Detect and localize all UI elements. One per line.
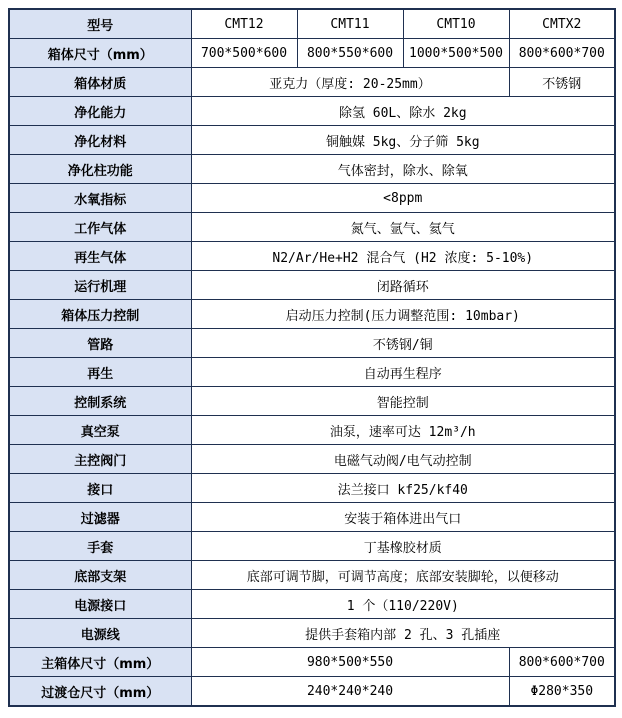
table-row-control-system: 控制系统 智能控制	[9, 387, 615, 416]
table-row-antechamber-size: 过渡仓尺寸（mm） 240*240*240 Φ280*350	[9, 677, 615, 707]
spec-label: 管路	[9, 329, 191, 358]
spec-label: 水氧指标	[9, 184, 191, 213]
spec-label: 净化能力	[9, 97, 191, 126]
table-row-vacuum-pump: 真空泵 油泵，速率可达 12m³/h	[9, 416, 615, 445]
spec-value: 铜触媒 5kg、分子筛 5kg	[191, 126, 615, 155]
table-row-filter: 过滤器 安装于箱体进出气口	[9, 503, 615, 532]
spec-table-container: 型号 CMT12 CMT11 CMT10 CMTX2 箱体尺寸（mm） 700*…	[8, 8, 616, 707]
spec-label: 运行机理	[9, 271, 191, 300]
table-row-purify-capacity: 净化能力 除氢 60L、除水 2kg	[9, 97, 615, 126]
spec-value: 丁基橡胶材质	[191, 532, 615, 561]
spec-label: 过滤器	[9, 503, 191, 532]
table-row-operating-mechanism: 运行机理 闭路循环	[9, 271, 615, 300]
table-row-interface: 接口 法兰接口 kf25/kf40	[9, 474, 615, 503]
spec-value: 不锈钢/铜	[191, 329, 615, 358]
spec-value: 1000*500*500	[403, 39, 509, 68]
spec-value: 1 个（110/220V)	[191, 590, 615, 619]
spec-table: 型号 CMT12 CMT11 CMT10 CMTX2 箱体尺寸（mm） 700*…	[8, 8, 616, 707]
spec-value: CMT10	[403, 9, 509, 39]
spec-value: 底部可调节脚，可调节高度；底部安装脚轮，以便移动	[191, 561, 615, 590]
spec-label: 电源线	[9, 619, 191, 648]
table-row-pressure-control: 箱体压力控制 启动压力控制(压力调整范围: 10mbar)	[9, 300, 615, 329]
spec-value: 亚克力（厚度: 20-25mm）	[191, 68, 509, 97]
spec-value: 240*240*240	[191, 677, 509, 707]
spec-label: 净化柱功能	[9, 155, 191, 184]
spec-value: 油泵，速率可达 12m³/h	[191, 416, 615, 445]
table-row-model: 型号 CMT12 CMT11 CMT10 CMTX2	[9, 9, 615, 39]
table-row-purify-material: 净化材料 铜触媒 5kg、分子筛 5kg	[9, 126, 615, 155]
spec-value: CMTX2	[509, 9, 615, 39]
spec-value: CMT11	[297, 9, 403, 39]
table-row-power-socket: 电源接口 1 个（110/220V)	[9, 590, 615, 619]
spec-label: 箱体尺寸（mm）	[9, 39, 191, 68]
spec-value: 提供手套箱内部 2 孔、3 孔插座	[191, 619, 615, 648]
spec-label: 净化材料	[9, 126, 191, 155]
spec-value: 700*500*600	[191, 39, 297, 68]
table-row-regeneration-gas: 再生气体 N2/Ar/He+H2 混合气 (H2 浓度: 5-10%)	[9, 242, 615, 271]
spec-value: 气体密封，除水、除氧	[191, 155, 615, 184]
table-row-main-valve: 主控阀门 电磁气动阀/电气动控制	[9, 445, 615, 474]
table-row-working-gas: 工作气体 氮气、氩气、氦气	[9, 213, 615, 242]
spec-label: 电源接口	[9, 590, 191, 619]
table-row-piping: 管路 不锈钢/铜	[9, 329, 615, 358]
spec-value: CMT12	[191, 9, 297, 39]
spec-label: 手套	[9, 532, 191, 561]
spec-value: Φ280*350	[509, 677, 615, 707]
spec-label: 箱体材质	[9, 68, 191, 97]
spec-value: 不锈钢	[509, 68, 615, 97]
table-row-bottom-bracket: 底部支架 底部可调节脚，可调节高度；底部安装脚轮，以便移动	[9, 561, 615, 590]
spec-value: 自动再生程序	[191, 358, 615, 387]
spec-value: 启动压力控制(压力调整范围: 10mbar)	[191, 300, 615, 329]
spec-value: 安装于箱体进出气口	[191, 503, 615, 532]
spec-value: 800*550*600	[297, 39, 403, 68]
spec-label: 接口	[9, 474, 191, 503]
spec-value: 除氢 60L、除水 2kg	[191, 97, 615, 126]
spec-value: 智能控制	[191, 387, 615, 416]
table-row-power-cord: 电源线 提供手套箱内部 2 孔、3 孔插座	[9, 619, 615, 648]
spec-value: 法兰接口 kf25/kf40	[191, 474, 615, 503]
spec-label: 箱体压力控制	[9, 300, 191, 329]
spec-value: 闭路循环	[191, 271, 615, 300]
spec-label: 控制系统	[9, 387, 191, 416]
spec-value: 电磁气动阀/电气动控制	[191, 445, 615, 474]
table-row-water-oxygen-index: 水氧指标 <8ppm	[9, 184, 615, 213]
table-row-purify-column-function: 净化柱功能 气体密封，除水、除氧	[9, 155, 615, 184]
table-row-box-material: 箱体材质 亚克力（厚度: 20-25mm） 不锈钢	[9, 68, 615, 97]
spec-label: 过渡仓尺寸（mm）	[9, 677, 191, 707]
spec-label: 型号	[9, 9, 191, 39]
spec-label: 工作气体	[9, 213, 191, 242]
table-row-gloves: 手套 丁基橡胶材质	[9, 532, 615, 561]
spec-label: 主控阀门	[9, 445, 191, 474]
spec-label: 再生气体	[9, 242, 191, 271]
table-row-regeneration: 再生 自动再生程序	[9, 358, 615, 387]
spec-value: 800*600*700	[509, 648, 615, 677]
spec-value: 800*600*700	[509, 39, 615, 68]
table-row-main-box-size: 主箱体尺寸（mm） 980*500*550 800*600*700	[9, 648, 615, 677]
spec-value: 氮气、氩气、氦气	[191, 213, 615, 242]
spec-label: 底部支架	[9, 561, 191, 590]
spec-value: <8ppm	[191, 184, 615, 213]
spec-value: 980*500*550	[191, 648, 509, 677]
spec-label: 真空泵	[9, 416, 191, 445]
spec-label: 再生	[9, 358, 191, 387]
spec-label: 主箱体尺寸（mm）	[9, 648, 191, 677]
spec-value: N2/Ar/He+H2 混合气 (H2 浓度: 5-10%)	[191, 242, 615, 271]
table-row-box-size: 箱体尺寸（mm） 700*500*600 800*550*600 1000*50…	[9, 39, 615, 68]
